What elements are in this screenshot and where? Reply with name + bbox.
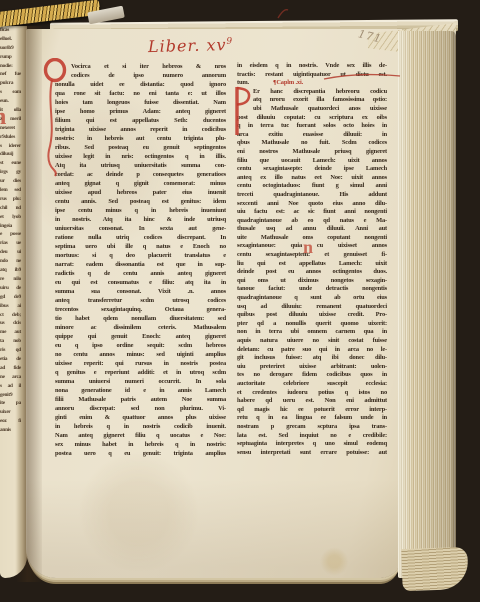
- text-line: et lyob: [0, 213, 27, 222]
- text-line: deu ui: [0, 248, 27, 257]
- text-line: nostris: in hebreis aut centu triginta p…: [55, 134, 226, 143]
- running-title-text: Liber. xv: [148, 35, 227, 56]
- text-line: trecentos sexagintaquinq. Octaua genera-: [55, 305, 226, 314]
- text-line: sensu interpretati sunt errare potuisse:…: [237, 449, 387, 458]
- text-line: ad fide: [0, 364, 27, 373]
- text-line: summa sua consonat. Vixit .n. annos: [55, 287, 226, 296]
- text-line: quadragintanoue q sunt ab ortu eius: [237, 294, 387, 303]
- text-line: minore ac dissimilem ceteris. Mathusalem: [55, 323, 226, 332]
- text-line: sex minus habet in hebreis q in nostris:: [55, 440, 226, 449]
- text-line: auctoritate celebriore suscepit ecclesia…: [237, 380, 387, 389]
- text-line: qua rone sit factu: no eni tanta e: ut i…: [55, 89, 226, 98]
- fore-edge: [398, 31, 456, 578]
- text-line: centu octogintaduos: fiunt g simul anni: [237, 182, 387, 191]
- text-line: postea uero q eu genuit: triginta ampliu…: [55, 449, 226, 458]
- text-line: annoru discrepat: sed non plurimu. Vi-: [55, 404, 226, 413]
- text-line: ta nob: [0, 337, 27, 346]
- text-line: nostram p grecam scptura ipsa trans-: [237, 423, 387, 432]
- text-line: uorib9: [0, 44, 27, 53]
- text-line: no centu annos minus: sed uiginti ampliu…: [55, 350, 226, 359]
- text-line: s eam: [0, 88, 27, 97]
- chapter-heading: ¶Caplm .xi.: [273, 79, 303, 86]
- text-line: quibus post diluuiu uixisse credit. Pro-: [237, 311, 387, 320]
- text-line: anteq ex illo natus eet Noe: uixit annos: [237, 174, 387, 183]
- text-line: genit9: [0, 391, 27, 400]
- text-line: pulcra: [0, 79, 27, 88]
- text-line: radictis q de centu annis anteq gigneret: [55, 269, 226, 278]
- text-line: Nam anteq gigneret filiu q uocatus e Noe…: [55, 431, 226, 440]
- text-line: irgs gy: [0, 168, 27, 177]
- text-line: in hebreis q in nostris codicib inuenit.: [55, 422, 226, 431]
- text-line: tanoue faciut: unde detractis nongentis: [237, 285, 387, 294]
- text-line: cordat: ac deinde p consequetes generati…: [55, 170, 226, 179]
- text-line: lem sed: [0, 186, 27, 195]
- text-line: q genitus e reperiunt additi: et in utro…: [55, 368, 226, 377]
- text-line: ibus ai: [0, 302, 27, 311]
- running-title-flourish: 9: [226, 37, 233, 47]
- text-line: post diluuiu coputat: cu scriptura ex oi…: [237, 114, 387, 123]
- text-line: quadragintanoue ab eo qd natus e Ma-: [237, 217, 387, 226]
- text-line: Atq ita utriusq uniuersitatis summa con-: [55, 161, 226, 170]
- text-line: eu qui est consumatus e filiu: atq ita i…: [55, 278, 226, 287]
- text-line: tio habet qdem nonullam diuersitatem: se…: [55, 314, 226, 323]
- text-line: st eune: [0, 159, 27, 168]
- text-line: uiru de: [0, 284, 27, 293]
- text-line: filium qui est appellatus Seth: ducentos: [55, 116, 226, 125]
- text-line: Er hanc discrepantia hebreoru codicu: [237, 88, 387, 97]
- text-line: eu q ipso ordine sequit: scdm hebreos: [55, 341, 226, 350]
- text-line: non in terra ubi omnem carnem qua in: [237, 328, 387, 337]
- text-line: ne arca: [0, 373, 27, 382]
- text-line: uniuersitas consonat. In sexta aut gene-: [55, 224, 226, 233]
- running-title: Liber. xv9: [148, 35, 234, 56]
- text-line: sexcenti anni Noe quoto eius anno dilu-: [237, 200, 387, 209]
- text-line: uixisse reperit: qui rursus in nostris p…: [55, 359, 226, 368]
- facing-page-red-initial-fragment: n: [0, 104, 6, 131]
- text-line: lata est. Sed inquiut no e credibile:: [237, 432, 387, 441]
- text-line: rias ue: [0, 239, 27, 248]
- text-line: aquis natura uiuere no sinit costat fuis…: [237, 337, 387, 346]
- text-line: ris qd: [0, 346, 27, 355]
- text-line: quippe qui genuit Enoch: anteq gigneret: [55, 332, 226, 341]
- text-line: ite pa: [0, 399, 27, 408]
- text-line: us dcis: [0, 319, 27, 328]
- text-line: qui oms ut diximus nongetos sexagin-: [237, 277, 387, 286]
- text-line: in nostris. Atq ita hinc & inde utriusq: [55, 215, 226, 224]
- text-line: s iderer: [0, 142, 27, 151]
- text-line: thusale usq ad annu diluuii. Anni aut: [237, 225, 387, 234]
- text-line: centu sexagintasepte: deinde ipse Lamech: [237, 165, 387, 174]
- text-line: ubi Mathusale quatuordeci anos uixisse: [237, 105, 387, 114]
- text-line: uixisse apud hebreos pater eius inuenit: [55, 188, 226, 197]
- text-line: uixisse legit in nris: octingentos q in …: [55, 152, 226, 161]
- text-line: et credentes iudeoru potius q istos no: [237, 389, 387, 398]
- text-line: narrat: eadem dissonantia est que in sup…: [55, 260, 226, 269]
- text-line: rus plu:: [0, 195, 27, 204]
- text-line: s ad il: [0, 382, 27, 391]
- text-line: e posse: [0, 230, 27, 239]
- text-line: atq ib9: [0, 266, 27, 275]
- text-line: diluuij: [0, 150, 27, 159]
- text-line: eoz fi: [0, 417, 27, 426]
- text-line: nona generatione id e in annis Lamech: [55, 386, 226, 395]
- text-line: deletam: cu patre suo qui in arca no le-: [237, 346, 387, 355]
- text-line: anteq transferretur scdm utrosq codices: [55, 296, 226, 305]
- text-line: r9dules: [0, 133, 27, 142]
- text-line: filii Mathusale patris autem Noe summa: [55, 395, 226, 404]
- text-line: ipse centu minus q in hebreis inueniunt: [55, 206, 226, 215]
- text-line: filiu que uocauit Lamech: uixit annos: [237, 157, 387, 166]
- text-line: git inclusus fuisse: atq ibi donec dilu-: [237, 354, 387, 363]
- red-marginal-letter: n: [303, 237, 313, 258]
- text-line: qbus Mathusale no fuit. Scdm codices: [237, 139, 387, 148]
- text-line: anteq gignat q gignit comemorat: minus: [55, 179, 226, 188]
- text-line: re nilo: [0, 275, 27, 284]
- text-line: nonulla uidet ee distantia: quod ignoro: [55, 80, 226, 89]
- text-line: annis: [0, 426, 27, 435]
- text-line: chil nd: [0, 204, 27, 213]
- text-line: etia de: [0, 355, 27, 364]
- text-line: elluel.: [0, 35, 27, 44]
- text-line: ipse homo primus Adam: anteq gigneret: [55, 107, 226, 116]
- text-line: pter qd a nonullis querit quomo uixerit:: [237, 320, 387, 329]
- text-line: ndo ne: [0, 257, 27, 266]
- chapter-line-pre: tum.: [237, 79, 249, 86]
- text-line: septuaginta interpretes q uno simul eode…: [237, 440, 387, 449]
- text-line: gd de9: [0, 293, 27, 302]
- text-line: usq ad diluuiu: remanent quatuordeci: [237, 303, 387, 312]
- text-line: triginta uixisse annos reperit in codici…: [55, 125, 226, 134]
- text-line: liu qui est appellatus Lamech: uixit: [237, 260, 387, 269]
- text-line: eni nostros Mathusale priusq gigneret: [237, 148, 387, 157]
- fore-edge-bottom-corner: [401, 547, 468, 591]
- text-line: ribus. Sed posteaq eu genuit septingento…: [55, 143, 226, 152]
- text-line: rump: [0, 53, 27, 62]
- text-line: q in terra tuc fuerant solos octo hoies …: [237, 122, 387, 131]
- text-line: uiu factu est: ac sic fiunt anni nongent…: [237, 208, 387, 217]
- text-line: atq nroru exorit illa famosissima qstio:: [237, 96, 387, 105]
- text-line: summa uniuersi numeri occurrit. In sola: [55, 377, 226, 386]
- text-line: arca exitiu euasisse diluuii: in: [237, 131, 387, 140]
- text-line: ratione nulla utriq codices discrepant. …: [55, 233, 226, 242]
- red-underline-flourish: [322, 71, 404, 83]
- text-line: mortuus: si q deo placuerit translatus e: [55, 251, 226, 260]
- right-text-column: in eisdem q in nostris. Vnde sex illis d…: [237, 62, 387, 457]
- text-line: nef fue: [0, 70, 27, 79]
- text-line: septima uero ubi ille q natus e Enoch no: [55, 242, 226, 251]
- book-photo: ficaselluel.uorib9rumpnodie:nef fuepulcr…: [0, 0, 480, 602]
- text-line: nodie:: [0, 62, 27, 71]
- text-line: uiu preteriret uixisse arbitrant: uolen-: [237, 363, 387, 372]
- left-text-column: Vocirca et si iter hebreos & nroscodices…: [55, 62, 226, 458]
- text-line: centu annis. Sed posteaq est genitus: id…: [55, 197, 226, 206]
- text-line: ficas: [0, 26, 27, 35]
- text-line: in eisdem q in nostris. Vnde sex illis d…: [237, 62, 387, 71]
- red-pen-tick: [276, 6, 290, 20]
- text-line: ingeia: [0, 222, 27, 231]
- text-line: codices de ipso numero annorum: [55, 71, 226, 80]
- text-line: qd magis hic ee potuerit error interp-: [237, 406, 387, 415]
- text-line: hoies tam longeuos fuisse dissentiat. Na…: [55, 98, 226, 107]
- text-line: deinde post eu annos octingentos duos.: [237, 268, 387, 277]
- text-line: habere qd ueru est. Non eni admittut: [237, 397, 387, 406]
- text-line: me aut: [0, 328, 27, 337]
- text-line: ct deb;: [0, 311, 27, 320]
- text-line: tes no derogare fidem codicibus quos in: [237, 371, 387, 380]
- text-line: ur dies: [0, 177, 27, 186]
- text-line: treceti quadragintanoue. His addunt: [237, 191, 387, 200]
- text-line: uixer: [0, 408, 27, 417]
- text-line: retu q in ea lingua ee falsum unde in: [237, 414, 387, 423]
- text-line: ginti enim & quattuor annos plus uixisse: [55, 413, 226, 422]
- text-line: Vocirca et si iter hebreos & nros: [55, 62, 226, 71]
